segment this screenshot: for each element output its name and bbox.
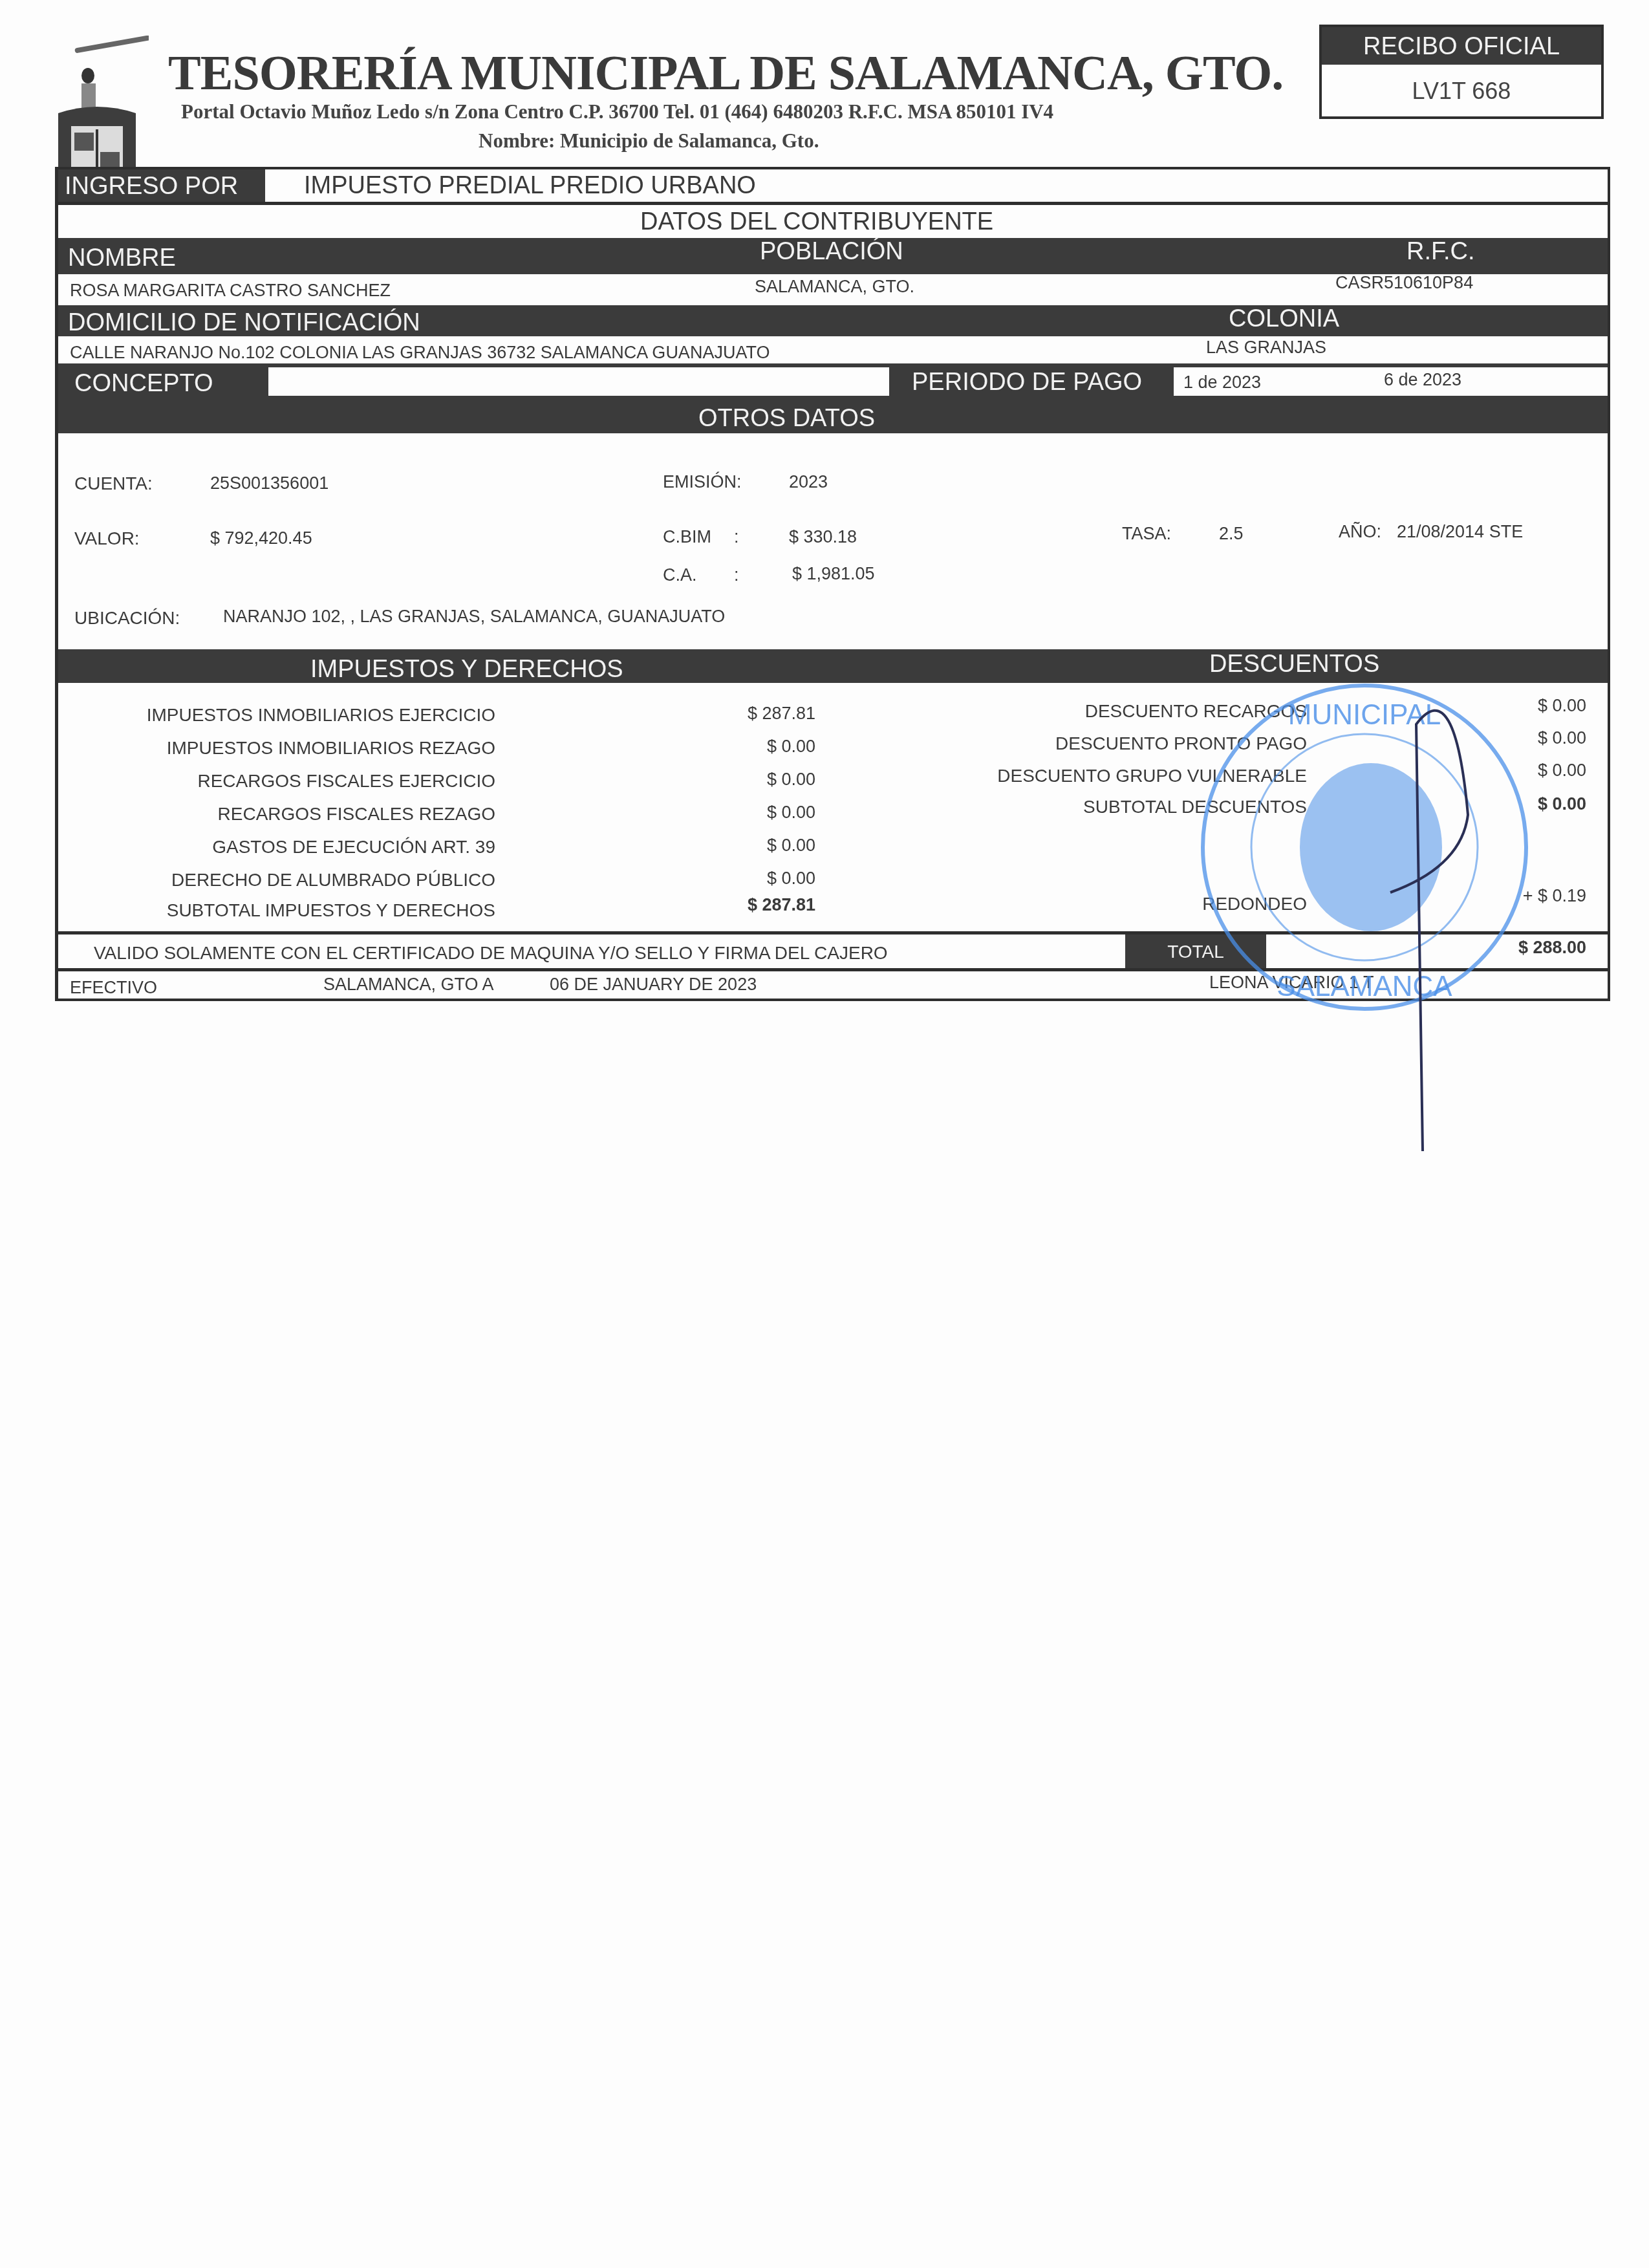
concepto-label: CONCEPTO <box>74 370 213 398</box>
rfc-label: R.F.C. <box>1406 238 1475 266</box>
cbim-label: C.BIM <box>663 527 711 547</box>
concepto-row: CONCEPTO PERIODO DE PAGO 1 de 2023 6 de … <box>58 363 1608 400</box>
ubicacion-value: NARANJO 102, , LAS GRANJAS, SALAMANCA, G… <box>223 607 725 627</box>
nombre-value: ROSA MARGARITA CASTRO SANCHEZ <box>70 281 391 301</box>
impuesto-label: IMPUESTOS INMOBILIARIOS REZAGO <box>167 738 495 759</box>
colonia-label: COLONIA <box>1229 305 1339 333</box>
ca-label: C.A. <box>663 565 697 585</box>
descuento-value: $ 0.00 <box>1538 728 1586 748</box>
valor-value: $ 792,420.45 <box>210 528 312 548</box>
descuentos-subtotal-label: SUBTOTAL DESCUENTOS <box>1083 797 1307 817</box>
periodo-label: PERIODO DE PAGO <box>912 369 1142 396</box>
impuesto-value: $ 0.00 <box>767 869 815 889</box>
cuenta-label: CUENTA: <box>74 473 153 494</box>
otros-datos-title: OTROS DATOS <box>698 405 875 433</box>
domicilio-label: DOMICILIO DE NOTIFICACIÓN <box>68 309 420 337</box>
impuestos-title: IMPUESTOS Y DERECHOS <box>310 656 623 684</box>
cbim-colon: : <box>734 527 739 547</box>
anio-value: 21/08/2014 STE <box>1397 522 1523 542</box>
contribuyente-values-row: ROSA MARGARITA CASTRO SANCHEZ SALAMANCA,… <box>58 274 1608 303</box>
valor-label: VALOR: <box>74 528 140 549</box>
receipt-label: RECIBO OFICIAL <box>1322 27 1601 65</box>
descuento-label: DESCUENTO PRONTO PAGO <box>1055 733 1307 754</box>
impuestos-descuentos-header: IMPUESTOS Y DERECHOS DESCUENTOS <box>58 649 1608 683</box>
descuentos-title: DESCUENTOS <box>1209 651 1379 678</box>
ingreso-row: INGRESO POR IMPUESTO PREDIAL PREDIO URBA… <box>58 169 1608 202</box>
treasury-name-line: Nombre: Municipio de Salamanca, Gto. <box>479 129 819 153</box>
tasa-value: 2.5 <box>1219 524 1244 544</box>
contribuyente-header-row: NOMBRE POBLACIÓN R.F.C. <box>58 238 1608 274</box>
domicilio-value: CALLE NARANJO No.102 COLONIA LAS GRANJAS… <box>70 343 770 363</box>
tasa-label: TASA: <box>1122 524 1171 544</box>
impuesto-value: $ 0.00 <box>767 737 815 757</box>
impuesto-value: $ 0.00 <box>767 770 815 790</box>
cuenta-value: 25S001356001 <box>210 473 329 493</box>
impuesto-label: GASTOS DE EJECUCIÓN ART. 39 <box>212 837 495 858</box>
redondeo-label: REDONDEO <box>1202 894 1307 914</box>
domicilio-values-row: CALLE NARANJO No.102 COLONIA LAS GRANJAS… <box>58 336 1608 363</box>
concepto-value <box>268 367 889 396</box>
ingreso-label: INGRESO POR <box>58 169 265 202</box>
cashier-location: LEONA VICARIO 1 T <box>1209 973 1374 993</box>
rfc-value: CASR510610P84 <box>1335 273 1473 293</box>
impuesto-value: $ 0.00 <box>767 803 815 823</box>
impuesto-label: DERECHO DE ALUMBRADO PÚBLICO <box>171 870 495 891</box>
descuento-value: $ 0.00 <box>1538 696 1586 716</box>
impuesto-label: RECARGOS FISCALES REZAGO <box>218 804 495 825</box>
receipt-form: INGRESO POR IMPUESTO PREDIAL PREDIO URBA… <box>55 167 1610 1001</box>
ubicacion-label: UBICACIÓN: <box>74 608 180 629</box>
total-label: TOTAL <box>1125 934 1266 968</box>
periodo-box: 1 de 2023 6 de 2023 <box>1174 367 1608 396</box>
ca-colon: : <box>734 565 739 585</box>
domicilio-header-row: DOMICILIO DE NOTIFICACIÓN COLONIA <box>58 305 1608 336</box>
impuestos-subtotal-value: $ 287.81 <box>748 895 815 915</box>
cbim-value: $ 330.18 <box>789 527 857 547</box>
descuento-value: $ 0.00 <box>1538 761 1586 781</box>
total-value: $ 288.00 <box>1518 938 1586 958</box>
poblacion-label: POBLACIÓN <box>760 238 903 266</box>
impuesto-label: IMPUESTOS INMOBILIARIOS EJERCICIO <box>147 705 495 726</box>
anio-label: AÑO: <box>1339 522 1381 542</box>
descuentos-subtotal-value: $ 0.00 <box>1538 794 1586 814</box>
impuesto-label: RECARGOS FISCALES EJERCICIO <box>197 771 495 792</box>
poblacion-value: SALAMANCA, GTO. <box>755 277 914 297</box>
periodo-inicio: 1 de 2023 <box>1183 373 1261 393</box>
otros-datos-header: OTROS DATOS <box>58 400 1608 433</box>
receipt-number: LV1T 668 <box>1322 65 1601 118</box>
emision-label: EMISIÓN: <box>663 472 742 492</box>
treasury-title: TESORERÍA MUNICIPAL DE SALAMANCA, GTO. <box>168 45 1283 102</box>
periodo-fin: 6 de 2023 <box>1384 370 1461 390</box>
receipt-number-box: RECIBO OFICIAL LV1T 668 <box>1319 25 1604 119</box>
ingreso-value: IMPUESTO PREDIAL PREDIO URBANO <box>304 172 756 200</box>
descuento-label: DESCUENTO GRUPO VULNERABLE <box>997 766 1307 786</box>
validity-note: VALIDO SOLAMENTE CON EL CERTIFICADO DE M… <box>94 943 888 964</box>
nombre-label: NOMBRE <box>68 244 176 272</box>
ca-value: $ 1,981.05 <box>792 564 875 584</box>
payment-method: EFECTIVO <box>70 978 157 998</box>
redondeo-value: + $ 0.19 <box>1523 886 1586 906</box>
payment-date: 06 DE JANUARY DE 2023 <box>550 975 757 995</box>
impuestos-subtotal-label: SUBTOTAL IMPUESTOS Y DERECHOS <box>167 900 495 921</box>
descuento-label: DESCUENTO RECARGOS <box>1085 701 1307 722</box>
impuesto-value: $ 287.81 <box>748 704 815 724</box>
emision-value: 2023 <box>789 472 828 492</box>
contribuyente-title: DATOS DEL CONTRIBUYENTE <box>640 208 993 236</box>
payment-place: SALAMANCA, GTO A <box>323 975 494 995</box>
impuesto-value: $ 0.00 <box>767 836 815 856</box>
treasury-address: Portal Octavio Muñoz Ledo s/n Zona Centr… <box>181 100 1053 124</box>
colonia-value: LAS GRANJAS <box>1206 338 1326 358</box>
